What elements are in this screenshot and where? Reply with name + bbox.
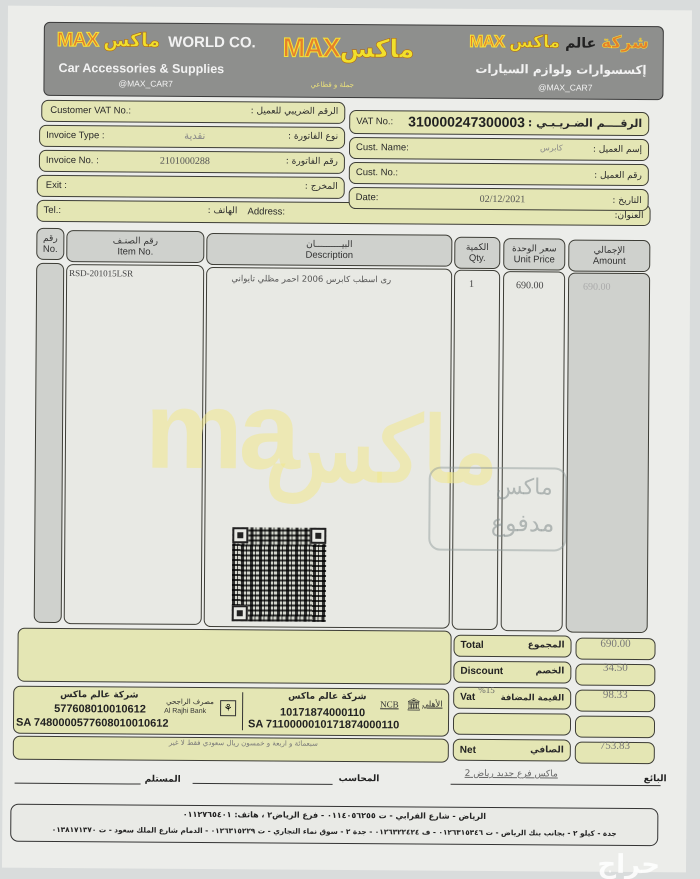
date-value: 02/12/2021 <box>480 194 526 205</box>
qr-finder-icon <box>232 605 248 621</box>
receiver-signature-line[interactable] <box>15 783 141 785</box>
vat-no-label-en: VAT No.: <box>356 116 393 127</box>
invoice-type-label-ar: نوع الفاتورة : <box>288 132 338 142</box>
discount-value: 34.50 <box>576 662 654 675</box>
social-handle-left: @MAX_CAR7 <box>118 78 173 88</box>
alrajhi-account-no: 577608010010612 <box>54 703 146 716</box>
blank-value-box <box>575 716 655 739</box>
row-item-no: RSD-201015LSR <box>69 268 133 278</box>
discount-value-box: 34.50 <box>575 664 655 687</box>
address-label-en: Address: <box>248 206 286 217</box>
social-handle-right: @MAX_CAR7 <box>538 82 593 92</box>
seller-value: ماكس فرع جديد رياض 2 <box>465 769 558 780</box>
date-field[interactable]: Date: 02/12/2021 التاريخ : <box>349 187 649 211</box>
customer-vat-label-en: Customer VAT No.: <box>50 105 131 117</box>
bank-details-box: شركة عالم ماكس 577608010010612 SA 748000… <box>13 686 449 737</box>
max-logo-arabic-large: ماكس <box>340 34 415 64</box>
col-no-en: No. <box>43 243 58 254</box>
col-header-unit-price: سعر الوحدة Unit Price <box>503 238 565 270</box>
col-body-amount: 690.00 <box>566 273 651 634</box>
cust-name-label-ar: إسم العميل : <box>593 145 642 155</box>
ncb-logo-icon: 🏛 <box>406 697 421 711</box>
vat-label-en: Vat <box>460 692 475 703</box>
receiver-label: المستلم <box>145 775 181 785</box>
max-logo-arabic: ماكس <box>103 29 160 51</box>
total-label-box: Total المجموع <box>453 635 571 658</box>
discount-label-ar: الخصم <box>535 666 564 676</box>
net-label-box: Net الصافي <box>453 739 571 762</box>
col-header-description: البيــــــــــان Description <box>206 233 452 267</box>
amount-in-words: سبعمائة و اربعة و خمسون ريال سعودي فقط ل… <box>169 739 318 748</box>
invoice-type-label-en: Invoice Type : <box>46 130 105 141</box>
header-right-logo: شركة عالم ماكس MAX <box>469 32 649 53</box>
cust-name-label-en: Cust. Name: <box>356 142 409 153</box>
accountant-signature-line[interactable] <box>193 783 333 785</box>
vat-no-label-ar: الرقــــم الضـريـبـي : <box>528 116 642 130</box>
paid-stamp: ماكس مدفوع <box>428 467 567 552</box>
alrajhi-account-name: شركة عالم ماكس <box>60 690 138 701</box>
col-amount-en: Amount <box>593 255 626 266</box>
total-value: 690.00 <box>577 638 655 651</box>
vat-value: 98.33 <box>576 689 654 702</box>
date-label-en: Date: <box>356 192 379 203</box>
tel-label-ar: الهاتف : <box>208 206 238 216</box>
col-qty-en: Qty. <box>469 252 486 263</box>
vat-no-value: 310000247300003 <box>408 113 525 130</box>
vat-no-field[interactable]: VAT No.: 310000247300003 الرقــــم الضـر… <box>349 110 649 136</box>
total-label-en: Total <box>461 640 484 651</box>
alrajhi-bank-name-ar: مصرف الراجحي <box>166 698 214 706</box>
total-value-box: 690.00 <box>575 638 655 661</box>
tel-label-en: Tel.: <box>44 205 62 216</box>
bank-divider <box>242 692 243 730</box>
company-mid-ar: عالم <box>565 36 596 52</box>
col-no-ar: رقم <box>43 233 58 243</box>
notes-box <box>17 628 451 685</box>
tagline-ar: إكسسوارات ولوازم السيارات <box>475 62 646 77</box>
vat-value-box: 98.33 <box>575 690 655 713</box>
date-label-ar: التاريخ : <box>612 196 641 206</box>
vat-rate: %15 <box>478 685 495 695</box>
tagline-en: Car Accessories & Supplies <box>59 61 225 76</box>
col-item-no-ar: رقم الصنـف <box>113 236 158 246</box>
exit-label-ar: المخرج : <box>305 182 338 192</box>
seller-signature-line[interactable] <box>451 784 661 786</box>
company-prefix-ar: شركة <box>601 33 649 53</box>
alrajhi-logo-icon: ⚘ <box>220 700 236 716</box>
exit-label-en: Exit : <box>46 180 67 191</box>
max-logo-arabic-right: ماكس <box>509 32 560 52</box>
row-unit-price: 690.00 <box>516 280 544 291</box>
ncb-account-no: 10171874000110 <box>280 707 365 720</box>
qr-finder-icon <box>310 528 326 544</box>
invoice-paper: MAX ماكس WORLD CO. Car Accessories & Sup… <box>2 6 692 873</box>
amount-in-words-box: سبعمائة و اربعة و خمسون ريال سعودي فقط ل… <box>13 736 449 763</box>
qr-finder-icon <box>232 527 248 543</box>
footer-line-1: الرياض - شارع الفرابي - ت ٠١١٤٠٥٦٢٥٥ - ف… <box>11 809 657 823</box>
max-logo-latin: MAX <box>57 29 99 51</box>
ncb-account-name: شركة عالم ماكس <box>288 692 366 703</box>
col-unit-price-ar: سعر الوحدة <box>512 244 557 254</box>
customer-vat-field[interactable]: Customer VAT No.: الرقم الضريبي للعميل : <box>41 100 345 124</box>
vat-label-box: Vat %15 القيمة المضافة <box>453 687 571 710</box>
col-unit-price-en: Unit Price <box>514 254 555 265</box>
invoice-no-label-en: Invoice No. : <box>46 155 99 166</box>
col-body-unit-price: 690.00 <box>501 271 566 631</box>
net-value: 753.83 <box>576 740 654 753</box>
cust-no-label-en: Cust. No.: <box>356 167 398 178</box>
stamp-paid-text: مدفوع <box>491 509 555 537</box>
cust-name-value: كابرس <box>540 143 563 152</box>
accountant-label: المحاسب <box>339 774 380 784</box>
ncb-bank-name-en: NCB <box>380 699 399 709</box>
ncb-bank-name-ar: الأهلي <box>422 700 442 709</box>
header-left-logo: MAX ماكس WORLD CO. <box>57 29 256 53</box>
header-center-logo: MAXماكس <box>283 33 413 65</box>
alrajhi-bank-name-en: Al Rajhi Bank <box>164 708 206 715</box>
total-label-ar: المجموع <box>528 640 565 650</box>
col-amount-ar: الإجمالي <box>594 245 625 255</box>
cust-name-field[interactable]: Cust. Name: كابرس إسم العميل : <box>349 137 649 161</box>
net-value-box: 753.83 <box>575 742 655 765</box>
stamp-brand: ماكس <box>496 475 553 500</box>
invoice-no-label-ar: رقم الفاتورة : <box>286 157 338 167</box>
zatca-qr-code <box>232 527 327 622</box>
col-header-amount: الإجمالي Amount <box>568 240 650 273</box>
invoice-type-value: نقدية <box>184 131 205 142</box>
haraj-watermark-logo: حراج <box>597 850 660 879</box>
col-body-no <box>34 263 65 623</box>
row-qty: 1 <box>469 279 474 290</box>
vat-label-ar: القيمة المضافة <box>501 693 565 703</box>
seller-label: البائع <box>644 774 667 784</box>
invoice-header: MAX ماكس WORLD CO. Car Accessories & Sup… <box>43 22 664 100</box>
cust-no-field[interactable]: Cust. No.: رقم العميل : <box>349 162 649 186</box>
row-description: رى اسطب كابرس 2006 احمر مظلي تايواني <box>231 274 391 285</box>
tagline-center-ar: جملة و قطاعي <box>310 81 354 89</box>
col-item-no-en: Item No. <box>117 246 153 257</box>
address-label-ar: العنوان: <box>614 211 643 221</box>
company-name-en: WORLD CO. <box>168 34 256 52</box>
col-description-en: Description <box>305 249 353 260</box>
alrajhi-iban: SA 7480000577608010010612 <box>16 717 169 730</box>
max-logo-latin-right: MAX <box>469 32 504 51</box>
footer-line-2: جدة - كيلو ٢ - بجانب بنك الرياض - ت ٠١٢٦… <box>11 825 657 839</box>
max-logo-latin-large: MAX <box>283 33 340 63</box>
cust-no-label-ar: رقم العميل : <box>594 171 642 181</box>
invoice-no-field[interactable]: Invoice No. : 2101000288 رقم الفاتورة : <box>39 150 345 174</box>
exit-field[interactable]: Exit : المخرج : <box>37 175 345 199</box>
net-label-ar: الصافي <box>530 745 564 755</box>
customer-vat-label-ar: الرقم الضريبي للعميل : <box>251 106 339 117</box>
col-qty-ar: الكمية <box>466 242 489 252</box>
blank-label-box <box>453 713 571 736</box>
col-description-ar: البيــــــــــان <box>306 239 352 249</box>
invoice-no-value: 2101000288 <box>160 156 210 167</box>
ncb-iban: SA 7110000010171874000110 <box>248 718 399 731</box>
col-header-qty: الكمية Qty. <box>454 237 500 269</box>
row-amount: 690.00 <box>583 282 611 293</box>
discount-label-box: Discount الخصم <box>453 661 571 684</box>
col-header-no: رقم No. <box>36 228 64 260</box>
invoice-type-field[interactable]: Invoice Type : نقدية نوع الفاتورة : <box>39 125 345 149</box>
net-label-en: Net <box>460 745 476 756</box>
discount-label-en: Discount <box>460 666 503 677</box>
col-header-item-no: رقم الصنـف Item No. <box>66 230 204 263</box>
footer-addresses: الرياض - شارع الفرابي - ت ٠١١٤٠٥٦٢٥٥ - ف… <box>10 804 658 847</box>
